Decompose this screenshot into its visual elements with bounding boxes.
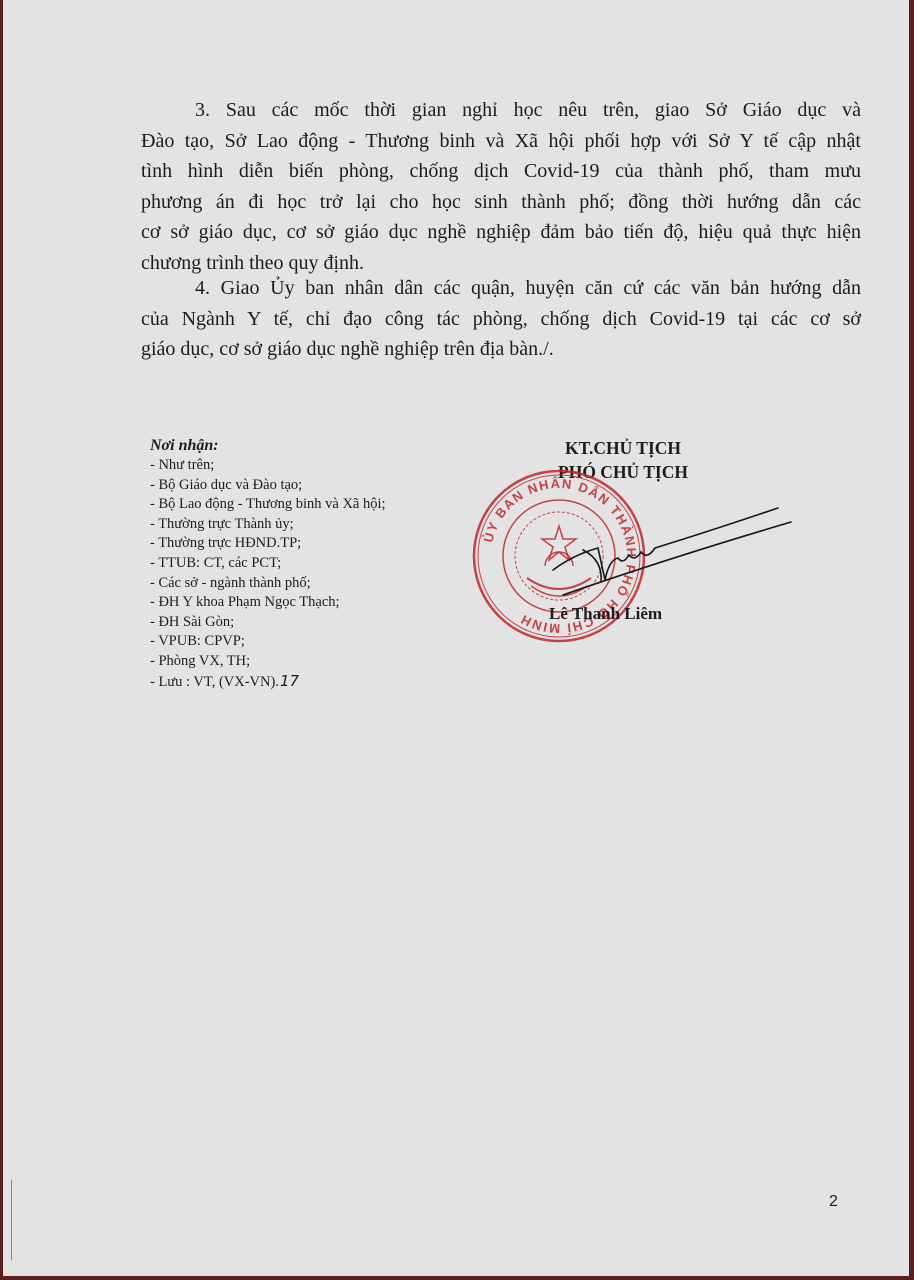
signature-title-line1: KT.CHỦ TỊCH [523,436,723,460]
handwritten-mark: 17 [280,672,299,690]
recipient-item: - Như trên; [150,456,386,476]
recipient-item: - Thường trực Thành ủy; [150,515,386,535]
signer-name: Lê Thanh Liêm [549,604,662,624]
recipient-item: - Bộ Lao động - Thương binh và Xã hội; [150,495,386,515]
recipient-item: - VPUB: CPVP; [150,632,386,652]
recipients-heading: Nơi nhận: [150,436,386,456]
recipients-list: Nơi nhận: - Như trên; - Bộ Giáo dục và Đ… [150,436,386,692]
paragraph-line: phương án đi học trở lại cho học sinh th… [141,187,861,218]
paragraph-line: Đào tạo, Sở Lao động - Thương binh và Xã… [141,126,861,157]
paragraph-3: 3. Sau các mốc thời gian nghỉ học nêu tr… [141,95,861,278]
recipient-item: - Phòng VX, TH; [150,652,386,672]
recipient-item: - ĐH Sài Gòn; [150,613,386,633]
paragraph-line: giáo dục, cơ sở giáo dục nghề nghiệp trê… [141,334,861,365]
document-page: 3. Sau các mốc thời gian nghỉ học nêu tr… [3,0,909,1276]
recipient-item-text: - Lưu : VT, (VX-VN). [150,674,279,690]
page-edge-shadow [11,1180,12,1260]
recipient-item: - TTUB: CT, các PCT; [150,554,386,574]
paragraph-line: cơ sở giáo dục, cơ sở giáo dục nghề nghi… [141,217,861,248]
recipient-item: - Bộ Giáo dục và Đào tạo; [150,476,386,496]
recipient-item: - Các sở - ngành thành phố; [150,574,386,594]
paragraph-line: tình hình diễn biến phòng, chống dịch Co… [141,156,861,187]
recipient-item: - Thường trực HĐND.TP; [150,534,386,554]
recipient-item-archive: - Lưu : VT, (VX-VN).17 [150,672,386,693]
paragraph-line: 3. Sau các mốc thời gian nghỉ học nêu tr… [141,95,861,126]
recipient-item: - ĐH Y khoa Phạm Ngọc Thạch; [150,593,386,613]
paragraph-4: 4. Giao Ủy ban nhân dân các quận, huyện … [141,273,861,365]
page-number: 2 [829,1193,838,1211]
paragraph-line: của Ngành Y tế, chỉ đạo công tác phòng, … [141,304,861,335]
paragraph-line: 4. Giao Ủy ban nhân dân các quận, huyện … [141,273,861,304]
handwritten-signature-icon [543,500,793,610]
